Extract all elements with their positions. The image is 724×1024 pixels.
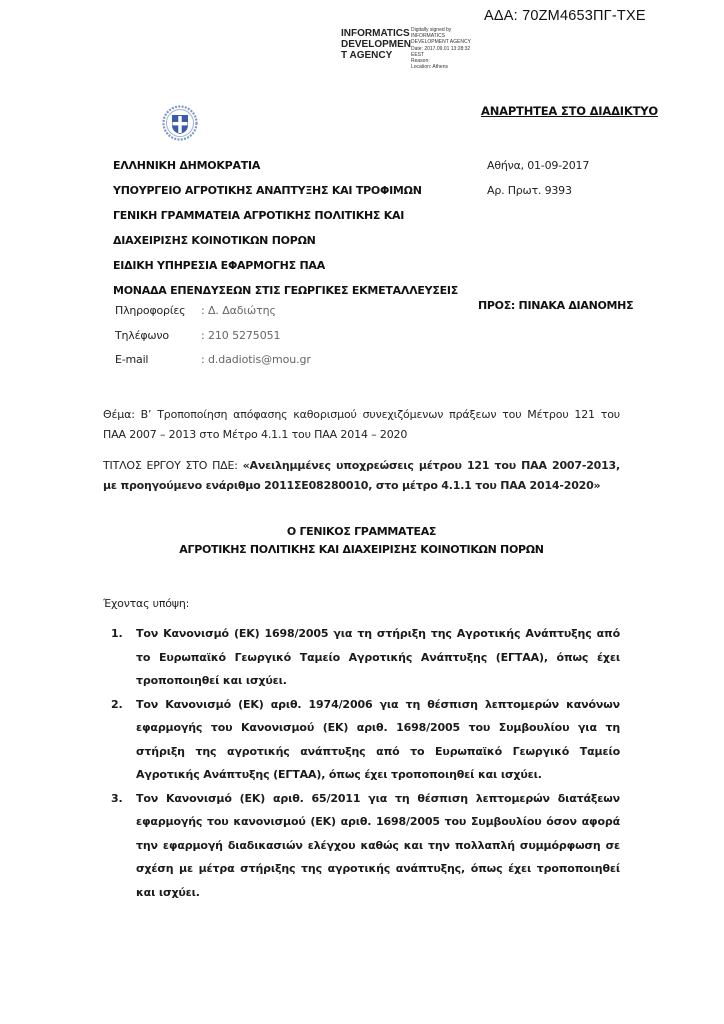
list-item-number: 2. xyxy=(111,693,123,717)
signature-detail-line: Location: Athens xyxy=(411,64,471,70)
org-line: ΓΕΝΙΚΗ ΓΡΑΜΜΑΤΕΙΑ ΑΓΡΟΤΙΚΗΣ ΠΟΛΙΤΙΚΗΣ ΚΑ… xyxy=(113,203,458,228)
ada-code: ΑΔΑ: 70ΖΜ4653ΠΓ-ΤΧΕ xyxy=(484,8,646,24)
publish-notice: ΑΝΑΡΤΗΤΕΑ ΣΤΟ ΔΙΑΔΙΚΤΥΟ xyxy=(481,104,658,118)
contact-row-email: E-mail : d.dadiotis@mou.gr xyxy=(115,348,311,373)
heading-line: Ο ΓΕΝΙΚΟΣ ΓΡΑΜΜΑΤΕΑΣ xyxy=(103,523,620,541)
list-item-text: Τον Κανονισμό (ΕΚ) 1698/2005 για τη στήρ… xyxy=(136,627,620,687)
list-item: 2. Τον Κανονισμό (ΕΚ) αριθ. 1974/2006 γι… xyxy=(103,693,620,787)
protocol-number: Αρ. Πρωτ. 9393 xyxy=(487,178,589,203)
list-item: 1. Τον Κανονισμό (ΕΚ) 1698/2005 για τη σ… xyxy=(103,622,620,693)
contact-label: Πληροφορίες xyxy=(115,299,201,324)
contact-value: : 210 5275051 xyxy=(201,324,280,349)
considerations-list: 1. Τον Κανονισμό (ΕΚ) 1698/2005 για τη σ… xyxy=(103,622,620,904)
project-title: ΤΙΤΛΟΣ ΕΡΓΟΥ ΣΤΟ ΠΔΕ: «Ανειλημμένες υποχ… xyxy=(103,456,620,496)
issuing-authority: ΕΛΛΗΝΙΚΗ ΔΗΜΟΚΡΑΤΙΑ ΥΠΟΥΡΓΕΙΟ ΑΓΡΟΤΙΚΗΣ … xyxy=(113,153,458,303)
place-date: Αθήνα, 01-09-2017 xyxy=(487,153,589,178)
org-line: ΕΛΛΗΝΙΚΗ ΔΗΜΟΚΡΑΤΙΑ xyxy=(113,153,458,178)
list-item: 3. Τον Κανονισμό (ΕΚ) αριθ. 65/2011 για … xyxy=(103,787,620,905)
contact-label: E-mail xyxy=(115,348,201,373)
recipient: ΠΡΟΣ: ΠΙΝΑΚΑ ΔΙΑΝΟΜΗΣ xyxy=(478,299,633,312)
project-title-label: ΤΙΤΛΟΣ ΕΡΓΟΥ ΣΤΟ ΠΔΕ: xyxy=(103,459,243,472)
greek-coat-of-arms-icon xyxy=(162,105,198,141)
signature-detail-line: Date: 2017.09.01 13:28:32 xyxy=(411,46,471,52)
signer-line: DEVELOPMEN xyxy=(341,39,411,50)
signature-detail-line: DEVELOPMENT AGENCY xyxy=(411,39,471,45)
org-line: ΥΠΟΥΡΓΕΙΟ ΑΓΡΟΤΙΚΗΣ ΑΝΑΠΤΥΞΗΣ ΚΑΙ ΤΡΟΦΙΜ… xyxy=(113,178,458,203)
contact-row-info: Πληροφορίες : Δ. Δαδιώτης xyxy=(115,299,311,324)
signer-line: T AGENCY xyxy=(341,50,411,61)
heading-line: ΑΓΡΟΤΙΚΗΣ ΠΟΛΙΤΙΚΗΣ ΚΑΙ ΔΙΑΧΕΙΡΙΣΗΣ ΚΟΙΝ… xyxy=(103,541,620,559)
list-item-text: Τον Κανονισμό (ΕΚ) αριθ. 65/2011 για τη … xyxy=(136,792,620,899)
date-and-protocol: Αθήνα, 01-09-2017 Αρ. Πρωτ. 9393 xyxy=(487,153,589,203)
signatory-heading: Ο ΓΕΝΙΚΟΣ ΓΡΑΜΜΑΤΕΑΣ ΑΓΡΟΤΙΚΗΣ ΠΟΛΙΤΙΚΗΣ… xyxy=(103,523,620,559)
contact-row-phone: Τηλέφωνο : 210 5275051 xyxy=(115,324,311,349)
having-regard: Έχοντας υπόψη: xyxy=(103,597,189,610)
signer-line: INFORMATICS xyxy=(341,28,411,39)
contact-label: Τηλέφωνο xyxy=(115,324,201,349)
list-item-number: 1. xyxy=(111,622,123,646)
signature-signer: INFORMATICS DEVELOPMEN T AGENCY xyxy=(341,28,411,61)
signature-details: Digitally signed by INFORMATICS DEVELOPM… xyxy=(411,27,471,70)
org-line: ΕΙΔΙΚΗ ΥΠΗΡΕΣΙΑ ΕΦΑΡΜΟΓΗΣ ΠΑΑ xyxy=(113,253,458,278)
contact-email-link[interactable]: : d.dadiotis@mou.gr xyxy=(201,348,311,373)
subject: Θέμα: Β’ Τροποποίηση απόφασης καθορισμού… xyxy=(103,405,620,445)
contact-info: Πληροφορίες : Δ. Δαδιώτης Τηλέφωνο : 210… xyxy=(115,299,311,373)
list-item-number: 3. xyxy=(111,787,123,811)
org-line: ΔΙΑΧΕΙΡΙΣΗΣ ΚΟΙΝΟΤΙΚΩΝ ΠΟΡΩΝ xyxy=(113,228,458,253)
list-item-text: Τον Κανονισμό (ΕΚ) αριθ. 1974/2006 για τ… xyxy=(136,698,620,782)
contact-value: : Δ. Δαδιώτης xyxy=(201,299,276,324)
